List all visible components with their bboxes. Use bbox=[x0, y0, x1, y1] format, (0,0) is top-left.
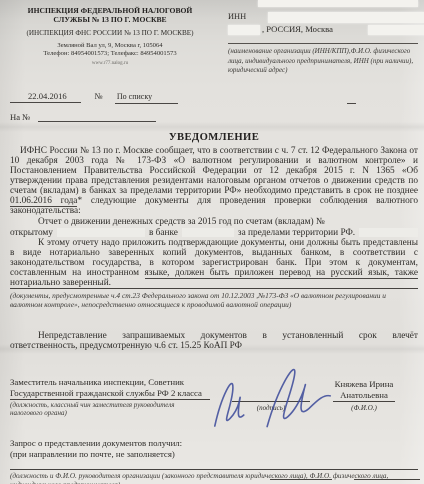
paragraph-liability: Непредставление запрашиваемых документов… bbox=[10, 331, 418, 351]
bank-label: в банке bbox=[149, 228, 178, 238]
divider-line bbox=[10, 288, 418, 289]
recipient-caption: (наименование организации (ИНН/КПП),Ф.И.… bbox=[228, 47, 418, 76]
org-website: www.r77.nalog.ru bbox=[10, 59, 210, 69]
scanned-tax-notice: ИНСПЕКЦИЯ ФЕДЕРАЛЬНОЙ НАЛОГОВОЙ СЛУЖБЫ №… bbox=[0, 0, 424, 484]
blank-line bbox=[38, 121, 156, 122]
inn-label: ИНН bbox=[228, 12, 246, 21]
signer-position: Заместитель начальника инспекции, Советн… bbox=[10, 377, 232, 418]
report-request-line: Отчет о движении денежных средств за 201… bbox=[10, 217, 418, 227]
signer-name-field: Княжева Ирина Анатольевна (Ф.И.О.) bbox=[310, 377, 418, 418]
org-name-line1: ИНСПЕКЦИЯ ФЕДЕРАЛЬНОЙ НАЛОГОВОЙ bbox=[10, 6, 210, 15]
position-line2: Государственной гражданской службы РФ 2 … bbox=[10, 388, 210, 400]
fio-caption: (Ф.И.О.) bbox=[310, 403, 418, 414]
blank-line bbox=[270, 471, 332, 480]
org-name-line2: СЛУЖБЫ № 13 ПО Г. МОСКВЕ bbox=[10, 15, 210, 24]
redaction-box bbox=[268, 12, 424, 23]
letterhead-recipient: ИНН , РОССИЯ, Москва (наименование орган… bbox=[210, 6, 418, 76]
letterhead: ИНСПЕКЦИЯ ФЕДЕРАЛЬНОЙ НАЛОГОВОЙ СЛУЖБЫ №… bbox=[10, 6, 418, 76]
signature-line bbox=[232, 401, 310, 402]
org-address: Земляной Вал ул, 9, Москва г, 105064 bbox=[10, 42, 210, 50]
blank-line bbox=[354, 471, 420, 480]
receipt-line2: (при направлении по почте, не заполняетс… bbox=[10, 449, 418, 460]
paragraph-text: ИФНС России № 13 по г. Москве сообщает, … bbox=[10, 146, 418, 196]
reference-line: 22.04.2016 № По списку bbox=[10, 91, 418, 104]
signature-field: (подпись) bbox=[232, 377, 310, 418]
reply-label: На № bbox=[10, 112, 30, 122]
org-name: ИНСПЕКЦИЯ ФЕДЕРАЛЬНОЙ НАЛОГОВОЙ СЛУЖБЫ №… bbox=[10, 6, 210, 24]
fold-shadow bbox=[0, 122, 424, 132]
paragraph-legal-basis: ИФНС России № 13 по г. Москве сообщает, … bbox=[10, 146, 418, 216]
signature-block: Заместитель начальника инспекции, Советн… bbox=[10, 377, 418, 418]
liability-line1: Непредставление запрашиваемых документов… bbox=[10, 331, 418, 341]
redaction-box bbox=[359, 228, 418, 237]
signer-name-line1: Княжева Ирина bbox=[335, 379, 394, 390]
position-line1: Заместитель начальника инспекции, Советн… bbox=[10, 377, 232, 388]
org-phones: Телефон: 84954001573; Телефакс: 84954001… bbox=[10, 50, 210, 58]
number-sign: № bbox=[95, 91, 103, 101]
reply-reference-line: На № bbox=[10, 112, 418, 122]
signer-name: Княжева Ирина Анатольевна bbox=[333, 379, 396, 402]
redaction-box bbox=[228, 25, 260, 35]
redaction-box bbox=[182, 228, 234, 237]
bottom-signature-lines bbox=[0, 471, 424, 480]
position-caption: (должность, классный чин заместителя рук… bbox=[10, 401, 180, 418]
opened-label: открытому bbox=[10, 228, 53, 238]
territory-label: за пределами территории РФ. bbox=[238, 228, 355, 238]
recipient-divider bbox=[228, 43, 418, 44]
blank-line bbox=[347, 103, 356, 104]
report-blanks-line: открытому в банке за пределами территори… bbox=[10, 228, 418, 238]
signer-name-line2: Анатольевна bbox=[340, 390, 388, 400]
divider-line bbox=[10, 469, 418, 470]
receipt-line1: Запрос о представлении документов получи… bbox=[10, 438, 418, 449]
redaction-box bbox=[368, 25, 424, 35]
redaction-box bbox=[57, 228, 145, 237]
report-text: Отчет о движении денежных средств за 201… bbox=[38, 217, 325, 227]
paragraph-notary-requirements: К этому отчету надо приложить подтвержда… bbox=[10, 238, 418, 289]
liability-line2: ответственность, предусмотренную ч.6 ст.… bbox=[10, 341, 418, 351]
letter-date: 22.04.2016 bbox=[10, 91, 81, 103]
letterhead-issuer: ИНСПЕКЦИЯ ФЕДЕРАЛЬНОЙ НАЛОГОВОЙ СЛУЖБЫ №… bbox=[10, 6, 210, 76]
org-alt-name: (ИНСПЕКЦИЯ ФНС РОССИИ № 13 ПО Г. МОСКВЕ) bbox=[10, 28, 210, 38]
recipient-city: , РОССИЯ, Москва bbox=[262, 24, 333, 34]
document-title: УВЕДОМЛЕНИЕ bbox=[10, 133, 418, 143]
footnote-law-reference: (документы, предусмотренные ч.4 ст.23 Фе… bbox=[10, 291, 418, 309]
letter-number: По списку bbox=[115, 92, 178, 104]
signature-caption: (подпись) bbox=[232, 403, 310, 413]
